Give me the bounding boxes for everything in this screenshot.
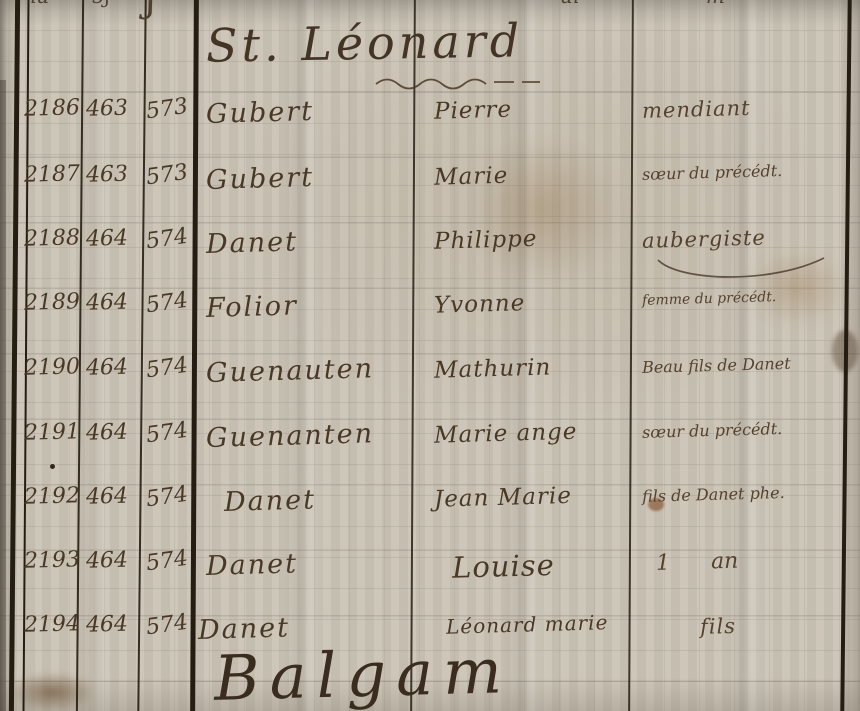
first-name: Marie	[434, 159, 631, 190]
page-number: 574	[145, 609, 198, 641]
table-row: 2186 463 573 Gubert Pierre mendiant	[0, 96, 860, 148]
table-row: 2191 464 574 Guenanten Marie ange sœur d…	[0, 420, 860, 472]
record-number: 2188	[24, 225, 83, 252]
folio-number: 464	[86, 289, 143, 316]
surname: Guenanten	[206, 417, 419, 454]
folio-number: 464	[86, 419, 143, 446]
first-name: Jean Marie	[434, 481, 631, 512]
first-name: Louise	[452, 545, 649, 584]
surname: Folior	[206, 287, 419, 324]
folio-number: 464	[86, 611, 143, 638]
folio-number: 463	[86, 95, 143, 122]
page-number: 574	[145, 352, 198, 384]
surname: Guenauten	[206, 352, 419, 389]
record-number: 2194	[24, 611, 83, 638]
table-row: 2193 464 574 Danet Louise 1 an	[0, 548, 860, 600]
occupation-note: mendiant	[642, 93, 851, 123]
surname: Gubert	[206, 159, 419, 196]
folio-number: 464	[86, 547, 143, 574]
page-number: 574	[145, 287, 198, 319]
section-heading-balgam: Balgam	[213, 634, 513, 711]
page-number: 573	[145, 159, 198, 191]
page-number: 574	[145, 481, 198, 513]
table-row: 2188 464 574 Danet Philippe aubergiste	[0, 226, 860, 278]
surname: Danet	[206, 545, 419, 582]
occupation-note: femme du précédt.	[642, 287, 850, 309]
page-number: 574	[145, 417, 198, 449]
heading-underline-flourish	[372, 74, 552, 92]
ink-smudge	[8, 672, 96, 711]
surname: Danet	[224, 481, 437, 518]
note-swash-flourish	[652, 254, 832, 284]
cutoff-stroke: ʃ	[146, 0, 156, 20]
cutoff-stroke: uı	[560, 0, 579, 8]
first-name: Marie ange	[434, 417, 631, 448]
folio-number: 464	[86, 483, 143, 510]
first-name: Mathurin	[434, 352, 631, 383]
occupation-note: fils de Danet phe.	[642, 481, 850, 506]
occupation-note: Beau fils de Danet	[642, 352, 850, 377]
record-number: 2193	[24, 547, 83, 574]
cutoff-stroke: ıu	[30, 0, 49, 8]
first-name: Yvonne	[434, 287, 631, 318]
section-heading-st-leonard: St. Léonard	[206, 13, 524, 73]
record-number: 2187	[24, 161, 83, 188]
table-row: 2187 463 573 Gubert Marie sœur du précéd…	[0, 162, 860, 214]
occupation-note: sœur du précédt.	[642, 417, 850, 442]
cutoff-stroke: 5ʃ	[92, 0, 110, 8]
first-name: Pierre	[434, 93, 631, 124]
surname: Gubert	[206, 93, 419, 130]
register-page-photo: ıu 5ʃ ʃ uı m St. Léonard 2186 463 573 Gu…	[0, 0, 860, 711]
page-number: 574	[145, 223, 198, 255]
occupation-note: sœur du précédt.	[642, 159, 850, 184]
page-number: 573	[145, 93, 198, 125]
folio-number: 463	[86, 161, 143, 188]
occupation-note: 1 an	[656, 545, 860, 576]
record-number: 2191	[24, 419, 83, 446]
first-name: Philippe	[434, 223, 631, 254]
surname: Danet	[206, 223, 419, 260]
record-number: 2189	[24, 289, 83, 316]
page-number: 574	[145, 545, 198, 577]
occupation-note: aubergiste	[642, 223, 851, 253]
table-row: 2192 464 574 Danet Jean Marie fils de Da…	[0, 484, 860, 536]
folio-number: 464	[86, 225, 143, 252]
occupation-note: fils	[700, 609, 860, 639]
folio-number: 464	[86, 354, 143, 381]
table-row: 2190 464 574 Guenauten Mathurin Beau fil…	[0, 355, 860, 407]
record-number: 2190	[24, 354, 83, 381]
cutoff-stroke: m	[706, 0, 725, 8]
record-number: 2186	[24, 95, 83, 122]
record-number: 2192	[24, 483, 83, 510]
table-row: 2189 464 574 Folior Yvonne femme du préc…	[0, 290, 860, 342]
